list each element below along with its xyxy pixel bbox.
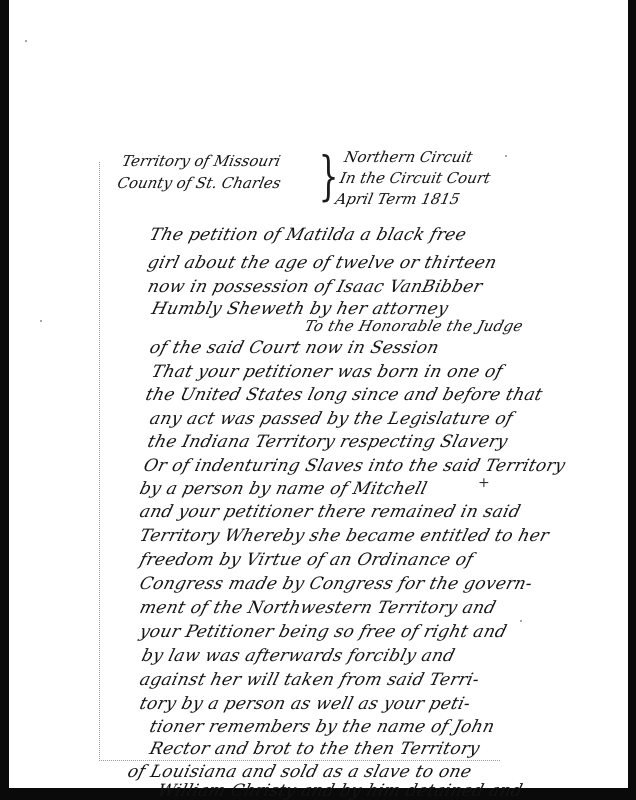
county-line: County of St. Charles xyxy=(115,172,283,194)
scan-border-right xyxy=(628,0,636,800)
scan-noise xyxy=(40,320,42,322)
petition-line: your Petitioner being so free of right a… xyxy=(138,622,509,642)
manuscript-text: Territory of Missouri County of St. Char… xyxy=(108,145,528,215)
petition-line: any act was passed by the Legislature of xyxy=(148,409,516,429)
petition-line: by law was afterwards forcibly and xyxy=(140,646,458,666)
court-block: Northern Circuit In the Circuit Court Ap… xyxy=(333,147,497,210)
petition-line: tory by a person as well as your peti- xyxy=(138,694,473,714)
petition-line: the United States long since and before … xyxy=(144,385,545,405)
scan-noise xyxy=(520,620,522,622)
venue-block: Territory of Missouri County of St. Char… xyxy=(115,150,287,194)
petition-line: Or of indenturing Slaves into the said T… xyxy=(142,456,568,476)
petition-line: Humbly Sheweth by her attorney xyxy=(150,299,451,319)
petition-line: of the said Court now in Session xyxy=(148,338,442,358)
petition-line: by a person by name of Mitchell xyxy=(138,479,430,499)
case-heading: Territory of Missouri County of St. Char… xyxy=(108,145,528,215)
petition-line: ment of the Northwestern Territory and xyxy=(138,598,499,618)
term-line: April Term 1815 xyxy=(333,189,488,210)
petition-line: girl about the age of twelve or thirteen xyxy=(146,253,499,273)
petition-line: of Louisiana and sold as a slave to one xyxy=(126,762,474,782)
petition-line: Territory Whereby she became entitled to… xyxy=(138,526,552,546)
scan-border-left xyxy=(0,0,9,800)
petition-line: against her will taken from said Terri- xyxy=(138,670,482,690)
petition-line: To the Honorable the Judge xyxy=(303,317,525,335)
petition-line: That your petitioner was born in one of xyxy=(150,362,505,382)
circuit-line: Northern Circuit xyxy=(342,147,497,168)
petition-line: freedom by Virtue of an Ordinance of xyxy=(138,550,476,570)
petition-line: tioner remembers by the name of John xyxy=(148,717,497,737)
petition-line: William Christy and by him detained and xyxy=(156,781,525,800)
margin-cross-mark: + xyxy=(478,475,490,491)
court-line: In the Circuit Court xyxy=(338,168,493,189)
petition-line: Congress made by Congress for the govern… xyxy=(138,574,535,594)
petition-line: Rector and brot to the then Territory xyxy=(148,739,482,759)
petition-line: the Indiana Territory respecting Slavery xyxy=(146,432,510,452)
petition-line: and your petitioner there remained in sa… xyxy=(138,502,523,522)
scanned-page: Territory of Missouri County of St. Char… xyxy=(0,0,636,800)
petition-line: The petition of Matilda a black free xyxy=(148,225,469,245)
petition-line: now in possession of Isaac VanBibber xyxy=(146,277,485,297)
territory-line: Territory of Missouri xyxy=(120,150,288,172)
scan-noise xyxy=(505,155,507,157)
scan-noise xyxy=(25,40,27,42)
